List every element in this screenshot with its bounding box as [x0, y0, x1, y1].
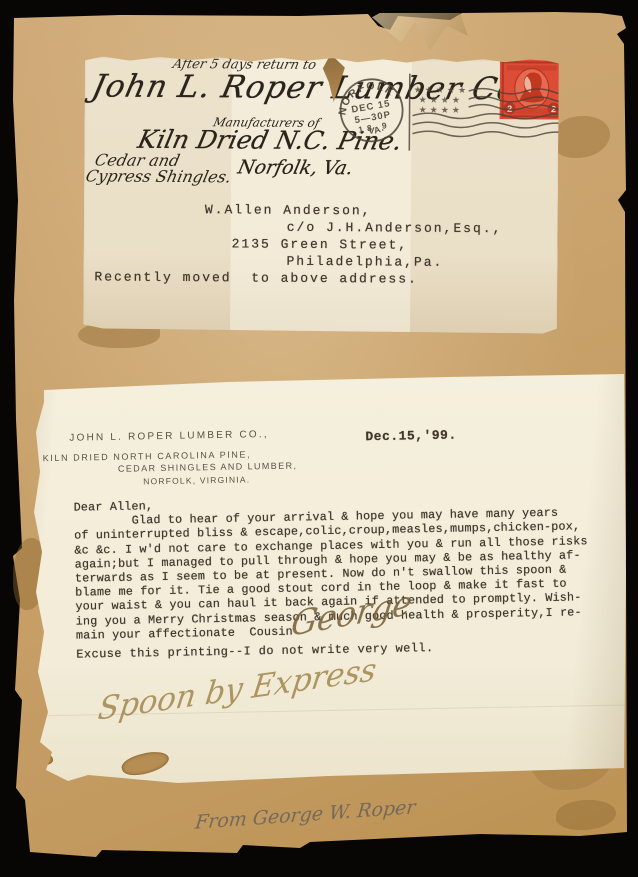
- envelope-city-line: Norfolk, Va.: [236, 156, 355, 179]
- address-note: Recently moved to above address.: [94, 269, 418, 286]
- letter-date: Dec.15,'99.: [365, 428, 457, 445]
- flag-cancellation: ★★★★★ ★★★★ ★★★★: [402, 71, 583, 156]
- address-line-3: 2135 Green Street,: [232, 236, 409, 252]
- envelope-cedar-line2: Cypress Shingles.: [84, 166, 233, 186]
- letterhead-line-3: CEDAR SHINGLES AND LUMBER,: [118, 461, 298, 474]
- letter-sheet: JOHN L. ROPER LUMBER CO., KILN DRIED NOR…: [28, 372, 626, 786]
- flag-stars-row1: ★★★★★: [414, 85, 469, 95]
- envelope: After 5 days return to John L. Roper Lum…: [83, 54, 559, 333]
- letter-content: JOHN L. ROPER LUMBER CO., KILN DRIED NOR…: [24, 367, 629, 792]
- letterhead-line-4: NORFOLK, VIRGINIA.: [143, 474, 250, 486]
- postmark: NORFOLK DEC 15 5—30P 18 9 VA.: [331, 70, 412, 151]
- address-line-1: W.Allen Anderson,: [205, 202, 372, 218]
- letterhead-line-1: JOHN L. ROPER LUMBER CO.,: [69, 429, 269, 444]
- spoon-annotation: Spoon by Express: [96, 651, 379, 727]
- address-line-2: c/o J.H.Anderson,Esq.,: [287, 220, 503, 237]
- flag-stars-row3: ★★★★: [419, 105, 463, 115]
- letter-postscript: Excuse this printing--I do not write ver…: [76, 641, 433, 662]
- letter-tear-1: [120, 747, 172, 779]
- address-line-4: Philadelphia,Pa.: [286, 254, 443, 270]
- flag-stars-row2: ★★★★: [419, 95, 463, 105]
- scanned-document: After 5 days return to John L. Roper Lum…: [0, 0, 638, 877]
